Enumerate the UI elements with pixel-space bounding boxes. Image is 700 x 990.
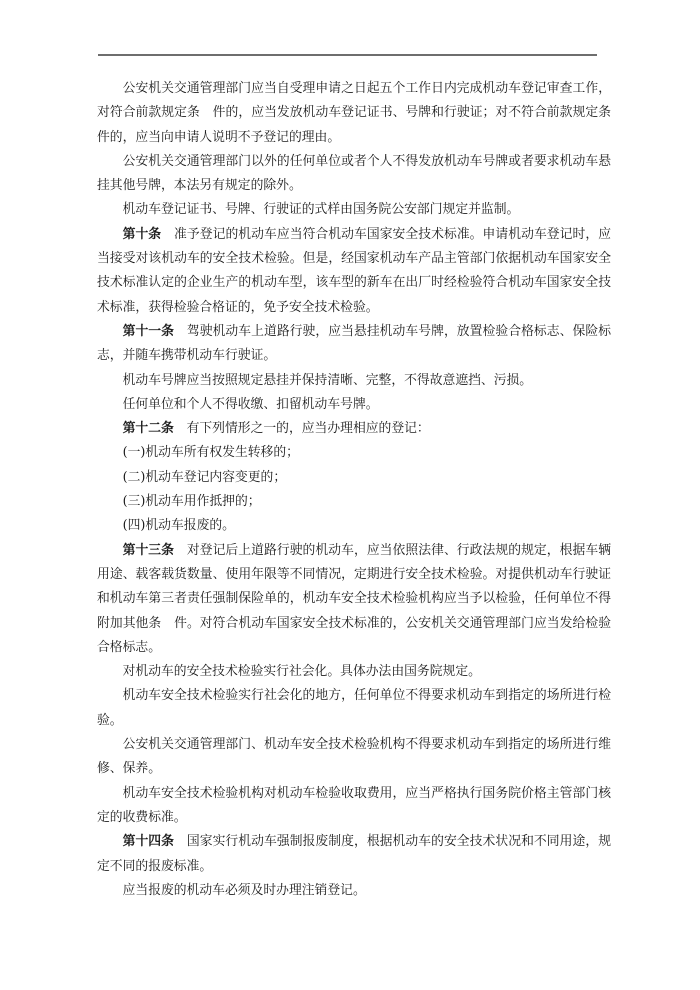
paragraph-article-10: 第十条 准予登记的机动车应当符合机动车国家安全技术标准。申请机动车登记时，应当接… [97, 223, 611, 320]
document-body: 公安机关交通管理部门应当自受理申请之日起五个工作日内完成机动车登记审查工作，对符… [97, 77, 611, 903]
paragraph-text: (二)机动车登记内容变更的； [123, 470, 287, 485]
list-item: (三)机动车用作抵押的； [97, 490, 611, 514]
paragraph: 机动车号牌应当按照规定悬挂并保持清晰、完整，不得故意遮挡、污损。 [97, 369, 611, 393]
paragraph-article-14: 第十四条 国家实行机动车强制报废制度，根据机动车的安全技术状况和不同用途，规定不… [97, 830, 611, 879]
paragraph-article-12: 第十二条 有下列情形之一的，应当办理相应的登记： [97, 417, 611, 441]
paragraph-text: 公安机关交通管理部门、机动车安全技术检验机构不得要求机动车到指定的场所进行维修、… [97, 737, 611, 776]
paragraph-text: (三)机动车用作抵押的； [123, 494, 261, 509]
paragraph-text: 驾驶机动车上道路行驶，应当悬挂机动车号牌，放置检验合格标志、保险标志，并随车携带… [97, 324, 611, 363]
paragraph-article-13: 第十三条 对登记后上道路行驶的机动车，应当依照法律、行政法规的规定，根据车辆用途… [97, 539, 611, 660]
article-number: 第十四条 [123, 834, 174, 849]
paragraph-text: 公安机关交通管理部门应当自受理申请之日起五个工作日内完成机动车登记审查工作，对符… [97, 81, 611, 145]
paragraph: 公安机关交通管理部门、机动车安全技术检验机构不得要求机动车到指定的场所进行维修、… [97, 733, 611, 782]
paragraph: 公安机关交通管理部门以外的任何单位或者个人不得发放机动车号牌或者要求机动车悬挂其… [97, 150, 611, 199]
paragraph: 机动车登记证书、号牌、行驶证的式样由国务院公安部门规定并监制。 [97, 198, 611, 222]
paragraph-text: 对机动车的安全技术检验实行社会化。具体办法由国务院规定。 [123, 664, 481, 679]
paragraph-text: (四)机动车报废的。 [123, 518, 235, 533]
paragraph-text: 国家实行机动车强制报废制度，根据机动车的安全技术状况和不同用途，规定不同的报废标… [97, 834, 611, 873]
document-page: 公安机关交通管理部门应当自受理申请之日起五个工作日内完成机动车登记审查工作，对符… [0, 0, 700, 990]
paragraph-text: 任何单位和个人不得收缴、扣留机动车号牌。 [123, 397, 379, 412]
article-number: 第十三条 [123, 543, 174, 558]
article-number: 第十二条 [123, 421, 174, 436]
paragraph-text: 应当报废的机动车必须及时办理注销登记。 [123, 883, 366, 898]
paragraph-text: 机动车号牌应当按照规定悬挂并保持清晰、完整，不得故意遮挡、污损。 [123, 373, 533, 388]
paragraph: 任何单位和个人不得收缴、扣留机动车号牌。 [97, 393, 611, 417]
paragraph: 公安机关交通管理部门应当自受理申请之日起五个工作日内完成机动车登记审查工作，对符… [97, 77, 611, 150]
article-number: 第十一条 [123, 324, 174, 339]
article-number: 第十条 [123, 227, 162, 242]
paragraph-text: 机动车安全技术检验机构对机动车检验收取费用，应当严格执行国务院价格主管部门核定的… [97, 786, 611, 825]
paragraph-text: (一)机动车所有权发生转移的； [123, 445, 299, 460]
paragraph-text: 机动车登记证书、号牌、行驶证的式样由国务院公安部门规定并监制。 [123, 202, 520, 217]
paragraph-text: 机动车安全技术检验实行社会化的地方，任何单位不得要求机动车到指定的场所进行检验。 [97, 688, 611, 727]
list-item: (四)机动车报废的。 [97, 514, 611, 538]
list-item: (一)机动车所有权发生转移的； [97, 441, 611, 465]
header-rule [98, 54, 597, 56]
paragraph: 机动车安全技术检验机构对机动车检验收取费用，应当严格执行国务院价格主管部门核定的… [97, 782, 611, 831]
paragraph-article-11: 第十一条 驾驶机动车上道路行驶，应当悬挂机动车号牌，放置检验合格标志、保险标志，… [97, 320, 611, 369]
paragraph: 机动车安全技术检验实行社会化的地方，任何单位不得要求机动车到指定的场所进行检验。 [97, 684, 611, 733]
paragraph-text: 准予登记的机动车应当符合机动车国家安全技术标准。申请机动车登记时，应当接受对该机… [97, 227, 611, 315]
paragraph: 对机动车的安全技术检验实行社会化。具体办法由国务院规定。 [97, 660, 611, 684]
list-item: (二)机动车登记内容变更的； [97, 466, 611, 490]
paragraph-text: 对登记后上道路行驶的机动车，应当依照法律、行政法规的规定，根据车辆用途、载客载货… [97, 543, 611, 655]
paragraph-text: 有下列情形之一的，应当办理相应的登记： [174, 421, 430, 436]
paragraph-text: 公安机关交通管理部门以外的任何单位或者个人不得发放机动车号牌或者要求机动车悬挂其… [97, 154, 611, 193]
paragraph: 应当报废的机动车必须及时办理注销登记。 [97, 879, 611, 903]
